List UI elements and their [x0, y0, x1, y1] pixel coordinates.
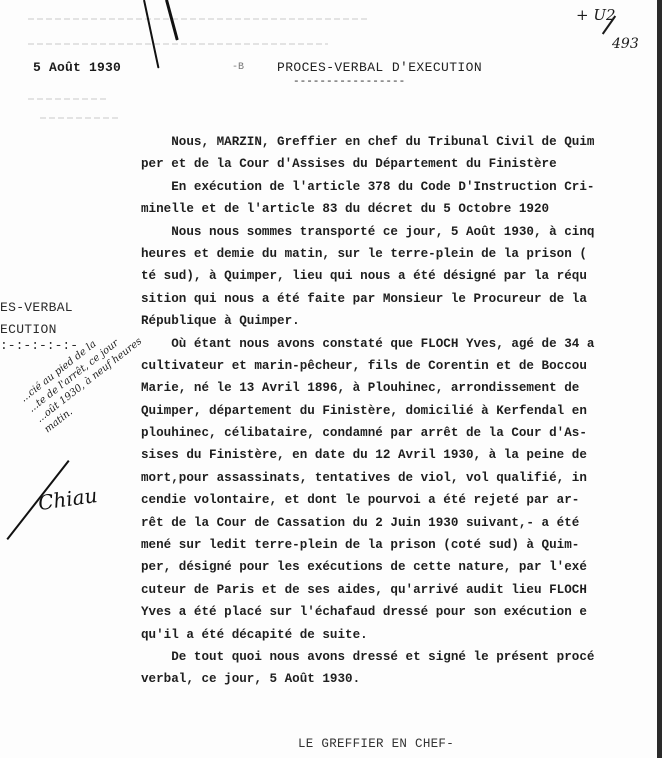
body-line: République à Quimper. — [141, 310, 657, 332]
signoff: LE GREFFIER EN CHEF- — [298, 737, 454, 751]
body-line: rêt de la Cour de Cassation du 2 Juin 19… — [141, 512, 657, 534]
body-line: Quimper, département du Finistère, domic… — [141, 400, 657, 422]
body-line: minelle et de l'article 83 du décret du … — [141, 198, 657, 220]
body-line: De tout quoi nous avons dressé et signé … — [141, 646, 657, 668]
document-page: 5 Août 1930 -B PROCES-VERBAL D'EXECUTION… — [0, 0, 657, 758]
pen-stroke — [165, 0, 179, 41]
scan-edge — [657, 0, 662, 758]
bleed-through-line — [28, 43, 328, 45]
body-line: sises du Finistère, en date du 12 Avril … — [141, 444, 657, 466]
body-line: mené sur ledit terre-plein de la prison … — [141, 534, 657, 556]
document-date: 5 Août 1930 — [33, 60, 121, 75]
body-line: En exécution de l'article 378 du Code D'… — [141, 176, 657, 198]
body-line: Yves a été placé sur l'échafaud dressé p… — [141, 601, 657, 623]
bleed-through-line — [40, 117, 120, 119]
body-line: Marie, né le 13 Avril 1896, à Plouhinec,… — [141, 377, 657, 399]
document-title: PROCES-VERBAL D'EXECUTION — [277, 60, 482, 75]
folio-number-secondary: 493 — [612, 36, 639, 52]
margin-title-line: :-:-:-:-:- — [0, 338, 78, 353]
body-line: Nous, MARZIN, Greffier en chef du Tribun… — [141, 131, 657, 153]
body-line: mort,pour assassinats, tentatives de vio… — [141, 467, 657, 489]
bleed-through-line — [28, 98, 108, 100]
body-line: verbal, ce jour, 5 Août 1930. — [141, 668, 657, 690]
body-line: heures et demie du matin, sur le terre-p… — [141, 243, 657, 265]
body-line: cuteur de Paris et de ses aides, qu'arri… — [141, 579, 657, 601]
margin-title-line: ES-VERBAL — [0, 300, 73, 315]
body-line: sition qui nous a été faite par Monsieur… — [141, 288, 657, 310]
stray-mark: -B — [232, 62, 244, 73]
body-line: per, désigné pour les exécutions de cett… — [141, 556, 657, 578]
document-body: Nous, MARZIN, Greffier en chef du Tribun… — [141, 131, 657, 691]
body-line: té sud), à Quimper, lieu qui nous a été … — [141, 265, 657, 287]
bleed-through-line — [28, 18, 368, 20]
body-line: per et de la Cour d'Assises du Départeme… — [141, 153, 657, 175]
title-underline: ----------------- — [293, 76, 405, 88]
body-line: plouhinec, célibataire, condamné par arr… — [141, 422, 657, 444]
body-line: Nous nous sommes transporté ce jour, 5 A… — [141, 221, 657, 243]
margin-title-line: ECUTION — [0, 322, 57, 337]
body-line: Où étant nous avons constaté que FLOCH Y… — [141, 333, 657, 355]
body-line: qu'il a été décapité de suite. — [141, 624, 657, 646]
pen-stroke — [143, 0, 160, 68]
body-line: cultivateur et marin-pêcheur, fils de Co… — [141, 355, 657, 377]
body-line: cendie volontaire, et dont le pourvoi a … — [141, 489, 657, 511]
